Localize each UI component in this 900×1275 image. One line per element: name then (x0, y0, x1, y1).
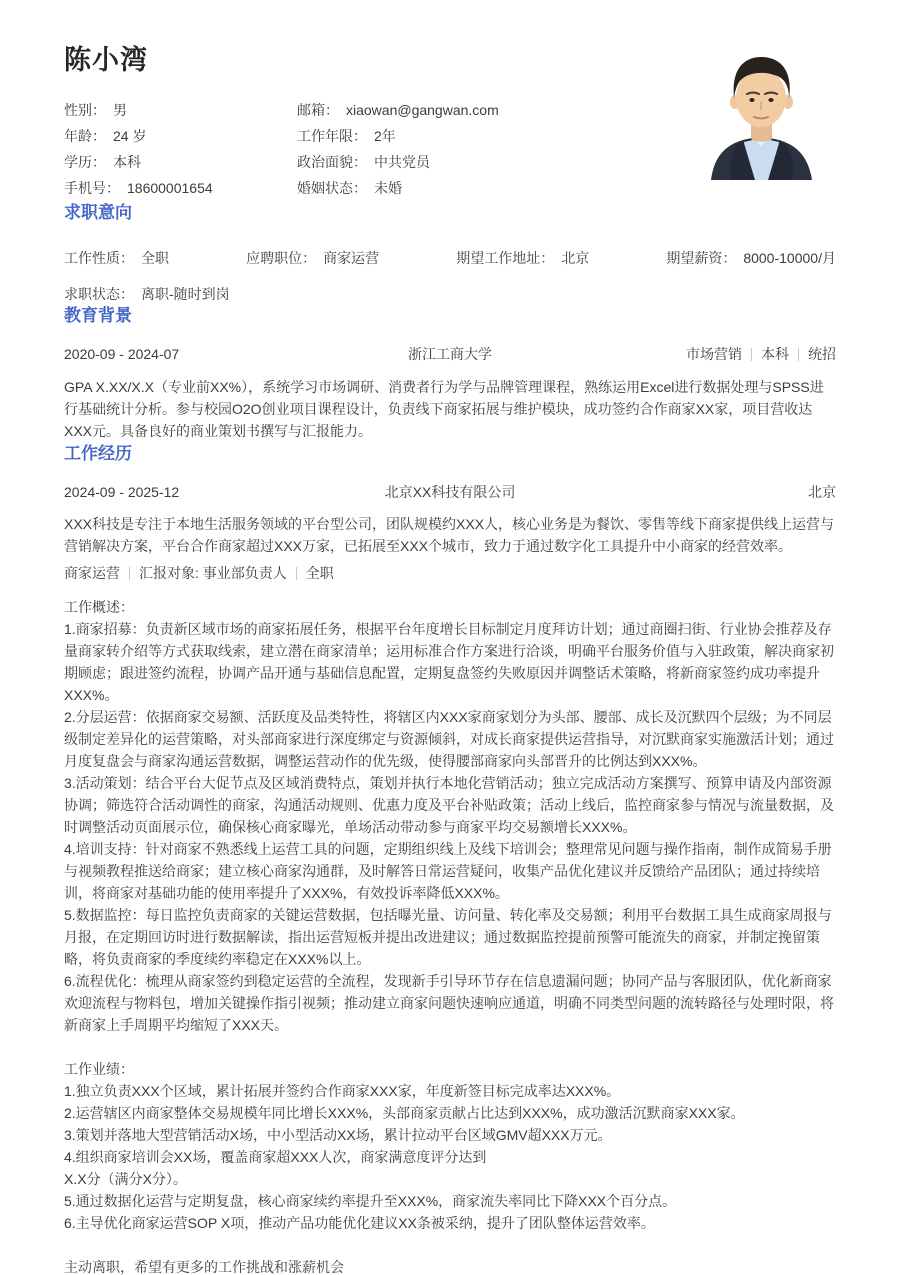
info-value: 男 (113, 100, 127, 120)
info-label: 政治面貌： (297, 152, 367, 172)
info-label: 婚姻状态： (297, 178, 367, 198)
intent-target-location: 期望工作地址： 北京 (456, 248, 589, 268)
info-label: 学历： (64, 152, 106, 172)
education-degree: 本科 (761, 344, 789, 364)
work-overview-item: 2.分层运营：依据商家交易额、活跃度及品类特性，将辖区内XXX家商家划分为头部、… (64, 706, 836, 772)
info-value: 未婚 (374, 178, 402, 198)
job-status-row: 求职状态： 离职-随时到岗 (64, 284, 836, 304)
work-results-item: 4.组织商家培训会XX场，覆盖商家超XXX人次，商家满意度评分达到 X.X分（满… (64, 1146, 836, 1190)
info-label: 工作年限： (297, 126, 367, 146)
work-overview-item: 5.数据监控：每日监控负责商家的关键运营数据，包括曝光量、访问量、转化率及交易额… (64, 904, 836, 970)
work-period: 2024-09 - 2025-12 (64, 482, 385, 502)
divider (296, 567, 297, 580)
info-age: 年龄： 24 岁 (64, 126, 297, 146)
work-overview-item: 4.培训支持：针对商家不熟悉线上运营工具的问题，定期组织线上及线下培训会；整理常… (64, 838, 836, 904)
intent-job-status: 求职状态： 离职-随时到岗 (64, 284, 230, 304)
intent-label: 求职状态： (64, 284, 134, 304)
work-overview-item: 3.活动策划：结合平台大促节点及区域消费特点，策划并执行本地化营销活动；独立完成… (64, 772, 836, 838)
intent-value: 离职-随时到岗 (141, 284, 230, 304)
divider (129, 567, 130, 580)
work-results-block: 工作业绩： 1.独立负责XXX个区域，累计拓展并签约合作商家XXX家，年度新签目… (64, 1058, 836, 1234)
info-political-status: 政治面貌： 中共党员 (297, 152, 430, 172)
work-results-heading: 工作业绩： (64, 1058, 836, 1080)
section-title-education: 教育背景 (64, 304, 836, 328)
info-email: 邮箱： xiaowan@gangwan.com (297, 100, 499, 120)
job-report-to: 汇报对象: 事业部负责人 (139, 563, 287, 583)
intent-work-type: 工作性质： 全职 (64, 248, 169, 268)
education-enrollment-type: 统招 (808, 344, 836, 364)
work-results-item: 6.主导优化商家运营SOP X项，推动产品功能优化建议XX条被采纳，提升了团队整… (64, 1212, 836, 1234)
work-overview-item: 1.商家招募：负责新区域市场的商家拓展任务，根据平台年度增长目标制定月度拜访计划… (64, 618, 836, 706)
resume-page: 陈小湾 性别： 男 邮箱： xiaowan@gangwan.com 年龄： 24… (0, 0, 900, 1275)
intent-label: 工作性质： (64, 248, 134, 268)
info-value: 24 岁 (113, 126, 146, 146)
divider (751, 348, 752, 361)
info-gender: 性别： 男 (64, 100, 297, 120)
info-value: 2年 (374, 126, 396, 146)
work-results-item: 3.策划并落地大型营销活动X场，中小型活动XX场，累计拉动平台区域GMV超XXX… (64, 1124, 836, 1146)
education-major: 市场营销 (686, 344, 742, 364)
intent-value: 商家运营 (323, 248, 379, 268)
job-intent-row: 工作性质： 全职 应聘职位： 商家运营 期望工作地址： 北京 期望薪资： 800… (64, 248, 836, 268)
work-overview-heading: 工作概述： (64, 596, 836, 618)
info-label: 年龄： (64, 126, 106, 146)
info-value: 中共党员 (374, 152, 430, 172)
resume-content: 陈小湾 性别： 男 邮箱： xiaowan@gangwan.com 年龄： 24… (0, 0, 900, 1275)
education-period: 2020-09 - 2024-07 (64, 344, 408, 364)
work-results-item: 5.通过数据化运营与定期复盘，核心商家续约率提升至XXX%，商家流失率同比下降X… (64, 1190, 836, 1212)
info-label: 性别： (64, 100, 106, 120)
company-intro: XXX科技是专注于本地生活服务领域的平台型公司，团队规模约XXX人，核心业务是为… (64, 513, 836, 557)
education-tags: 市场营销 本科 统招 (492, 344, 836, 364)
info-value: xiaowan@gangwan.com (346, 102, 499, 118)
work-overview-item: 6.流程优化：梳理从商家签约到稳定运营的全流程，发现新手引导环节存在信息遗漏问题… (64, 970, 836, 1036)
work-row: 2024-09 - 2025-12 北京XX科技有限公司 北京 (64, 482, 836, 502)
education-school: 浙江工商大学 (408, 344, 492, 364)
work-results-item: 2.运营辖区内商家整体交易规模年同比增长XXX%，头部商家贡献占比达到XXX%，… (64, 1102, 836, 1124)
info-degree: 学历： 本科 (64, 152, 297, 172)
info-marital-status: 婚姻状态： 未婚 (297, 178, 402, 198)
section-title-work: 工作经历 (64, 442, 836, 466)
education-row: 2020-09 - 2024-07 浙江工商大学 市场营销 本科 统招 (64, 344, 836, 364)
intent-label: 应聘职位： (246, 248, 316, 268)
work-results-item: 1.独立负责XXX个区域，累计拓展并签约合作商家XXX家，年度新签目标完成率达X… (64, 1080, 836, 1102)
info-label: 手机号： (64, 178, 120, 198)
intent-target-position: 应聘职位： 商家运营 (246, 248, 379, 268)
intent-label: 期望工作地址： (456, 248, 554, 268)
section-title-job-intent: 求职意向 (64, 201, 836, 225)
job-type: 全职 (306, 563, 334, 583)
profile-photo (703, 50, 820, 180)
intent-value: 8000-10000/月 (743, 248, 836, 268)
education-description-text: GPA X.XX/X.X（专业前XX%），系统学习市场调研、消费者行为学与品牌管… (64, 376, 836, 442)
info-value: 本科 (113, 152, 141, 172)
work-location: 北京 (515, 482, 836, 502)
intent-label: 期望薪资： (666, 248, 736, 268)
leaving-reason: 主动离职，希望有更多的工作挑战和涨薪机会 (64, 1256, 836, 1275)
company-intro-text: XXX科技是专注于本地生活服务领域的平台型公司，团队规模约XXX人，核心业务是为… (64, 513, 836, 557)
info-phone: 手机号： 18600001654 (64, 178, 297, 198)
work-company: 北京XX科技有限公司 (385, 482, 516, 502)
profile-photo-illustration (703, 50, 820, 180)
info-experience-years: 工作年限： 2年 (297, 126, 396, 146)
job-meta-row: 商家运营 汇报对象: 事业部负责人 全职 (64, 563, 836, 583)
info-label: 邮箱： (297, 100, 339, 120)
work-overview-block: 工作概述： 1.商家招募：负责新区域市场的商家拓展任务，根据平台年度增长目标制定… (64, 596, 836, 1036)
intent-value: 全职 (141, 248, 169, 268)
divider (798, 348, 799, 361)
info-value: 18600001654 (127, 180, 213, 196)
intent-expected-salary: 期望薪资： 8000-10000/月 (666, 248, 836, 268)
intent-value: 北京 (561, 248, 589, 268)
job-position: 商家运营 (64, 563, 120, 583)
education-description: GPA X.XX/X.X（专业前XX%），系统学习市场调研、消费者行为学与品牌管… (64, 376, 836, 442)
